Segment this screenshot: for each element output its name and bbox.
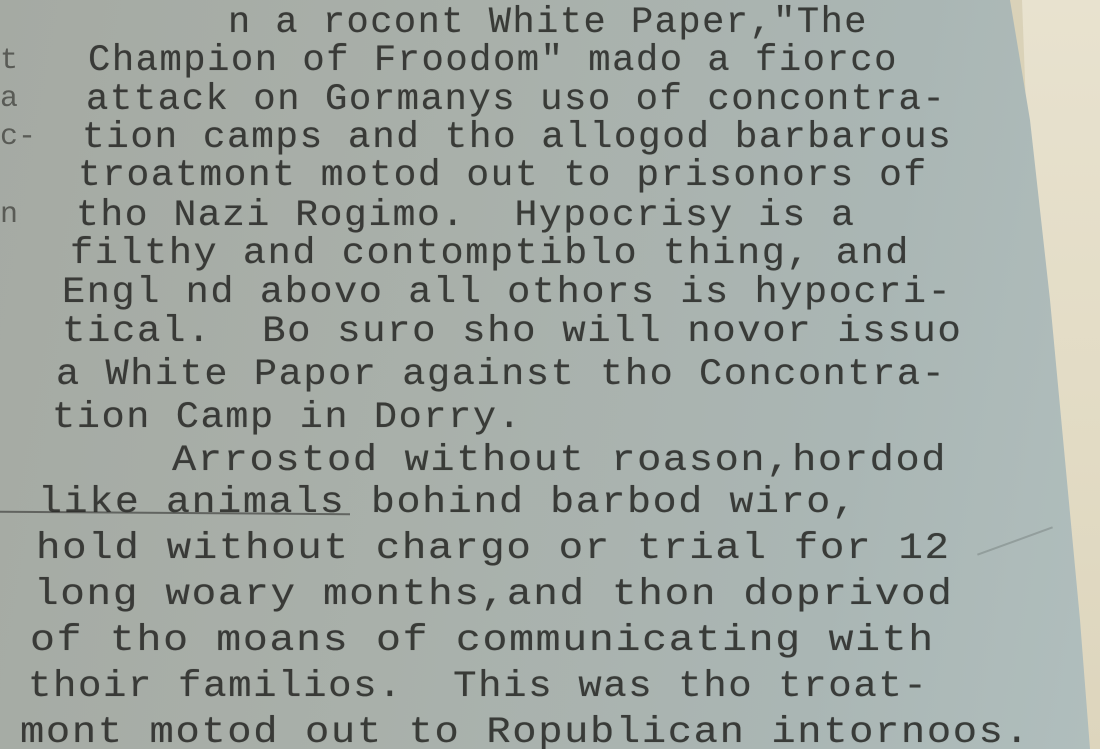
text-line: n a rocont White Paper,"The <box>228 2 868 44</box>
text-line: hold without chargo or trial for 12 <box>36 528 951 570</box>
text-line: Arrostod without roason,hordod <box>172 440 947 482</box>
document-body: t a c- n n a rocont White Paper,"The Cha… <box>0 0 1100 749</box>
margin-fragment: t <box>0 44 18 78</box>
text-line: of tho moans of communicating with <box>30 620 935 662</box>
margin-fragment: a <box>0 82 18 116</box>
margin-fragment: c- <box>0 120 36 154</box>
text-line: tical. Bo suro sho will novor issuo <box>62 311 962 353</box>
text-line: long woary months,and thon doprivod <box>34 574 954 616</box>
text-line: thoir familios. This was tho troat- <box>28 666 928 708</box>
text-line: tion Camp in Dorry. <box>52 397 522 439</box>
margin-fragment: n <box>0 198 18 232</box>
text-line: troatmont motod out to prisonors of <box>78 155 928 197</box>
text-line: mont motod out to Ropublican intornoos. <box>20 712 1030 749</box>
text-line: Champion of Froodom" mado a fiorco <box>88 40 898 82</box>
text-line: filthy and contomptiblo thing, and <box>70 233 910 275</box>
text-line: tion camps and tho allogod barbarous <box>82 117 952 159</box>
text-line: tho Nazi Rogimo. Hypocrisy is a <box>76 195 856 237</box>
text-line: like animals bohind barbod wiro, <box>38 482 857 524</box>
text-line: attack on Gormanys uso of concontra- <box>86 79 946 121</box>
photo-scene: t a c- n n a rocont White Paper,"The Cha… <box>0 0 1100 749</box>
text-line: a White Papor against tho Concontra- <box>56 354 946 396</box>
text-line: Engl nd abovo all othors is hypocri- <box>62 272 952 314</box>
